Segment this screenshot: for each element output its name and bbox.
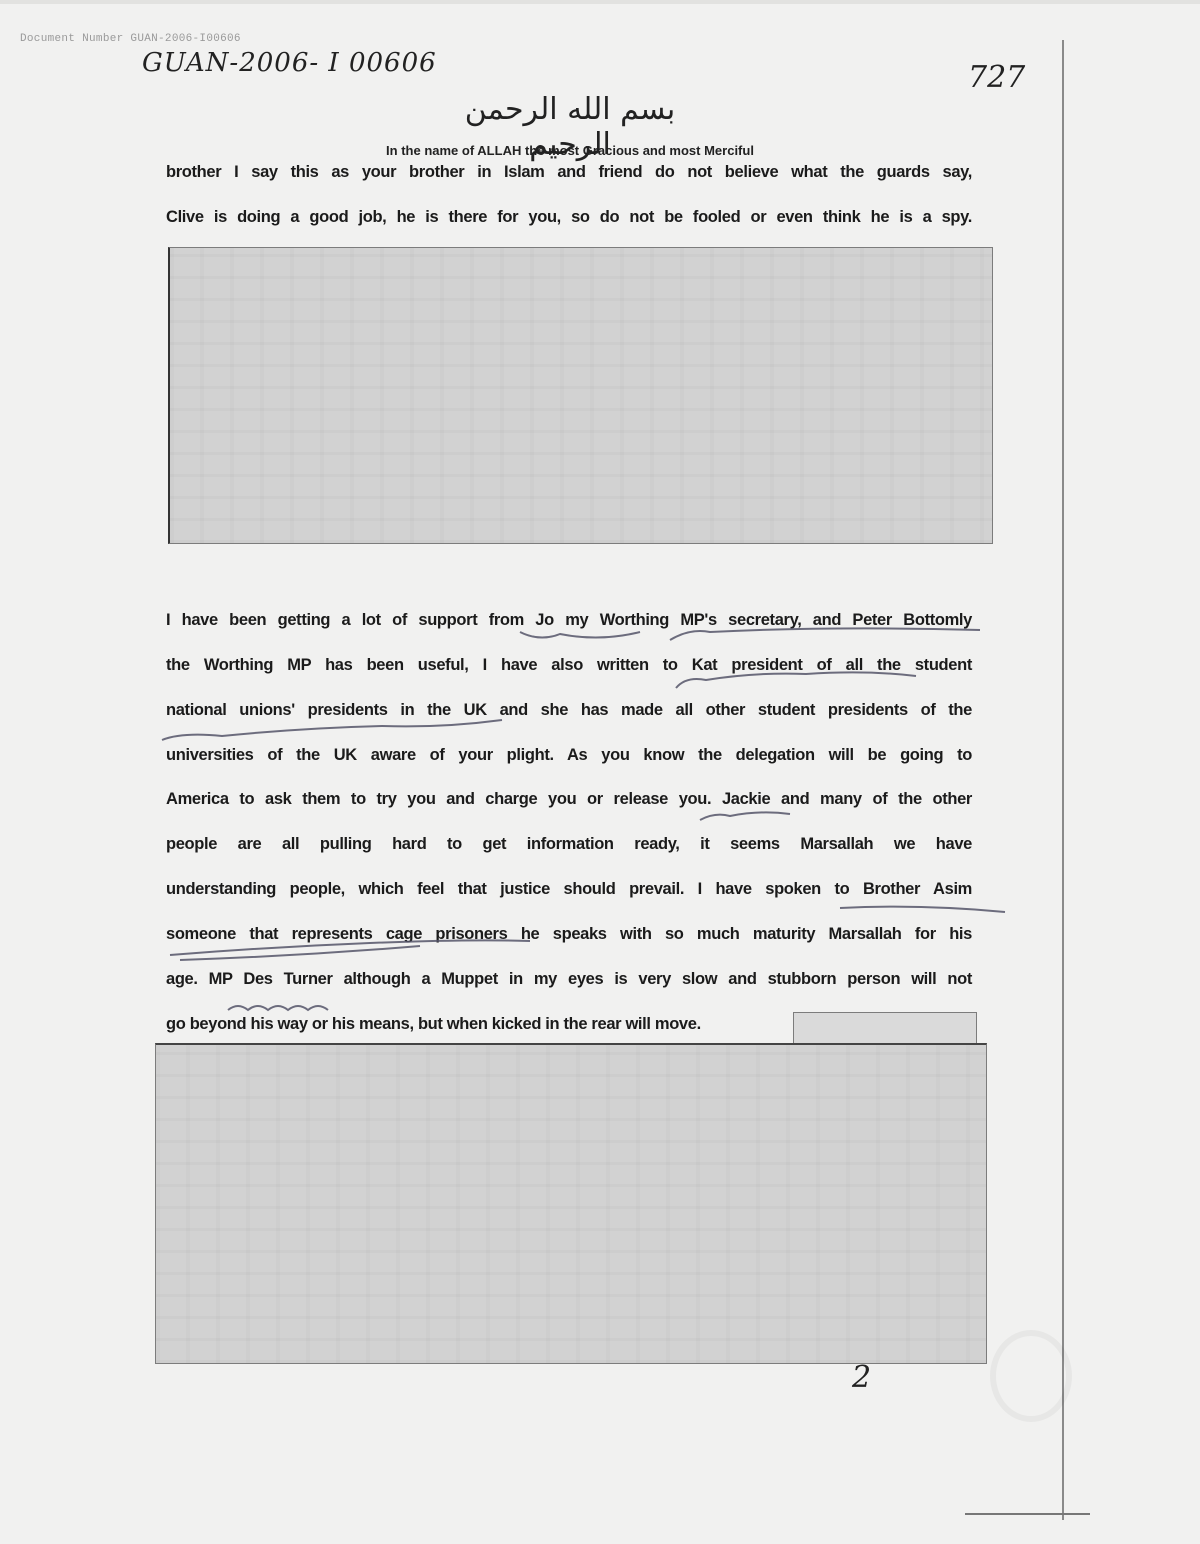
redacted-inline-block (793, 1012, 977, 1044)
handwritten-page-number: 2 (852, 1360, 871, 1395)
redacted-block (155, 1043, 987, 1364)
bleed-through-stamp (990, 1330, 1072, 1422)
